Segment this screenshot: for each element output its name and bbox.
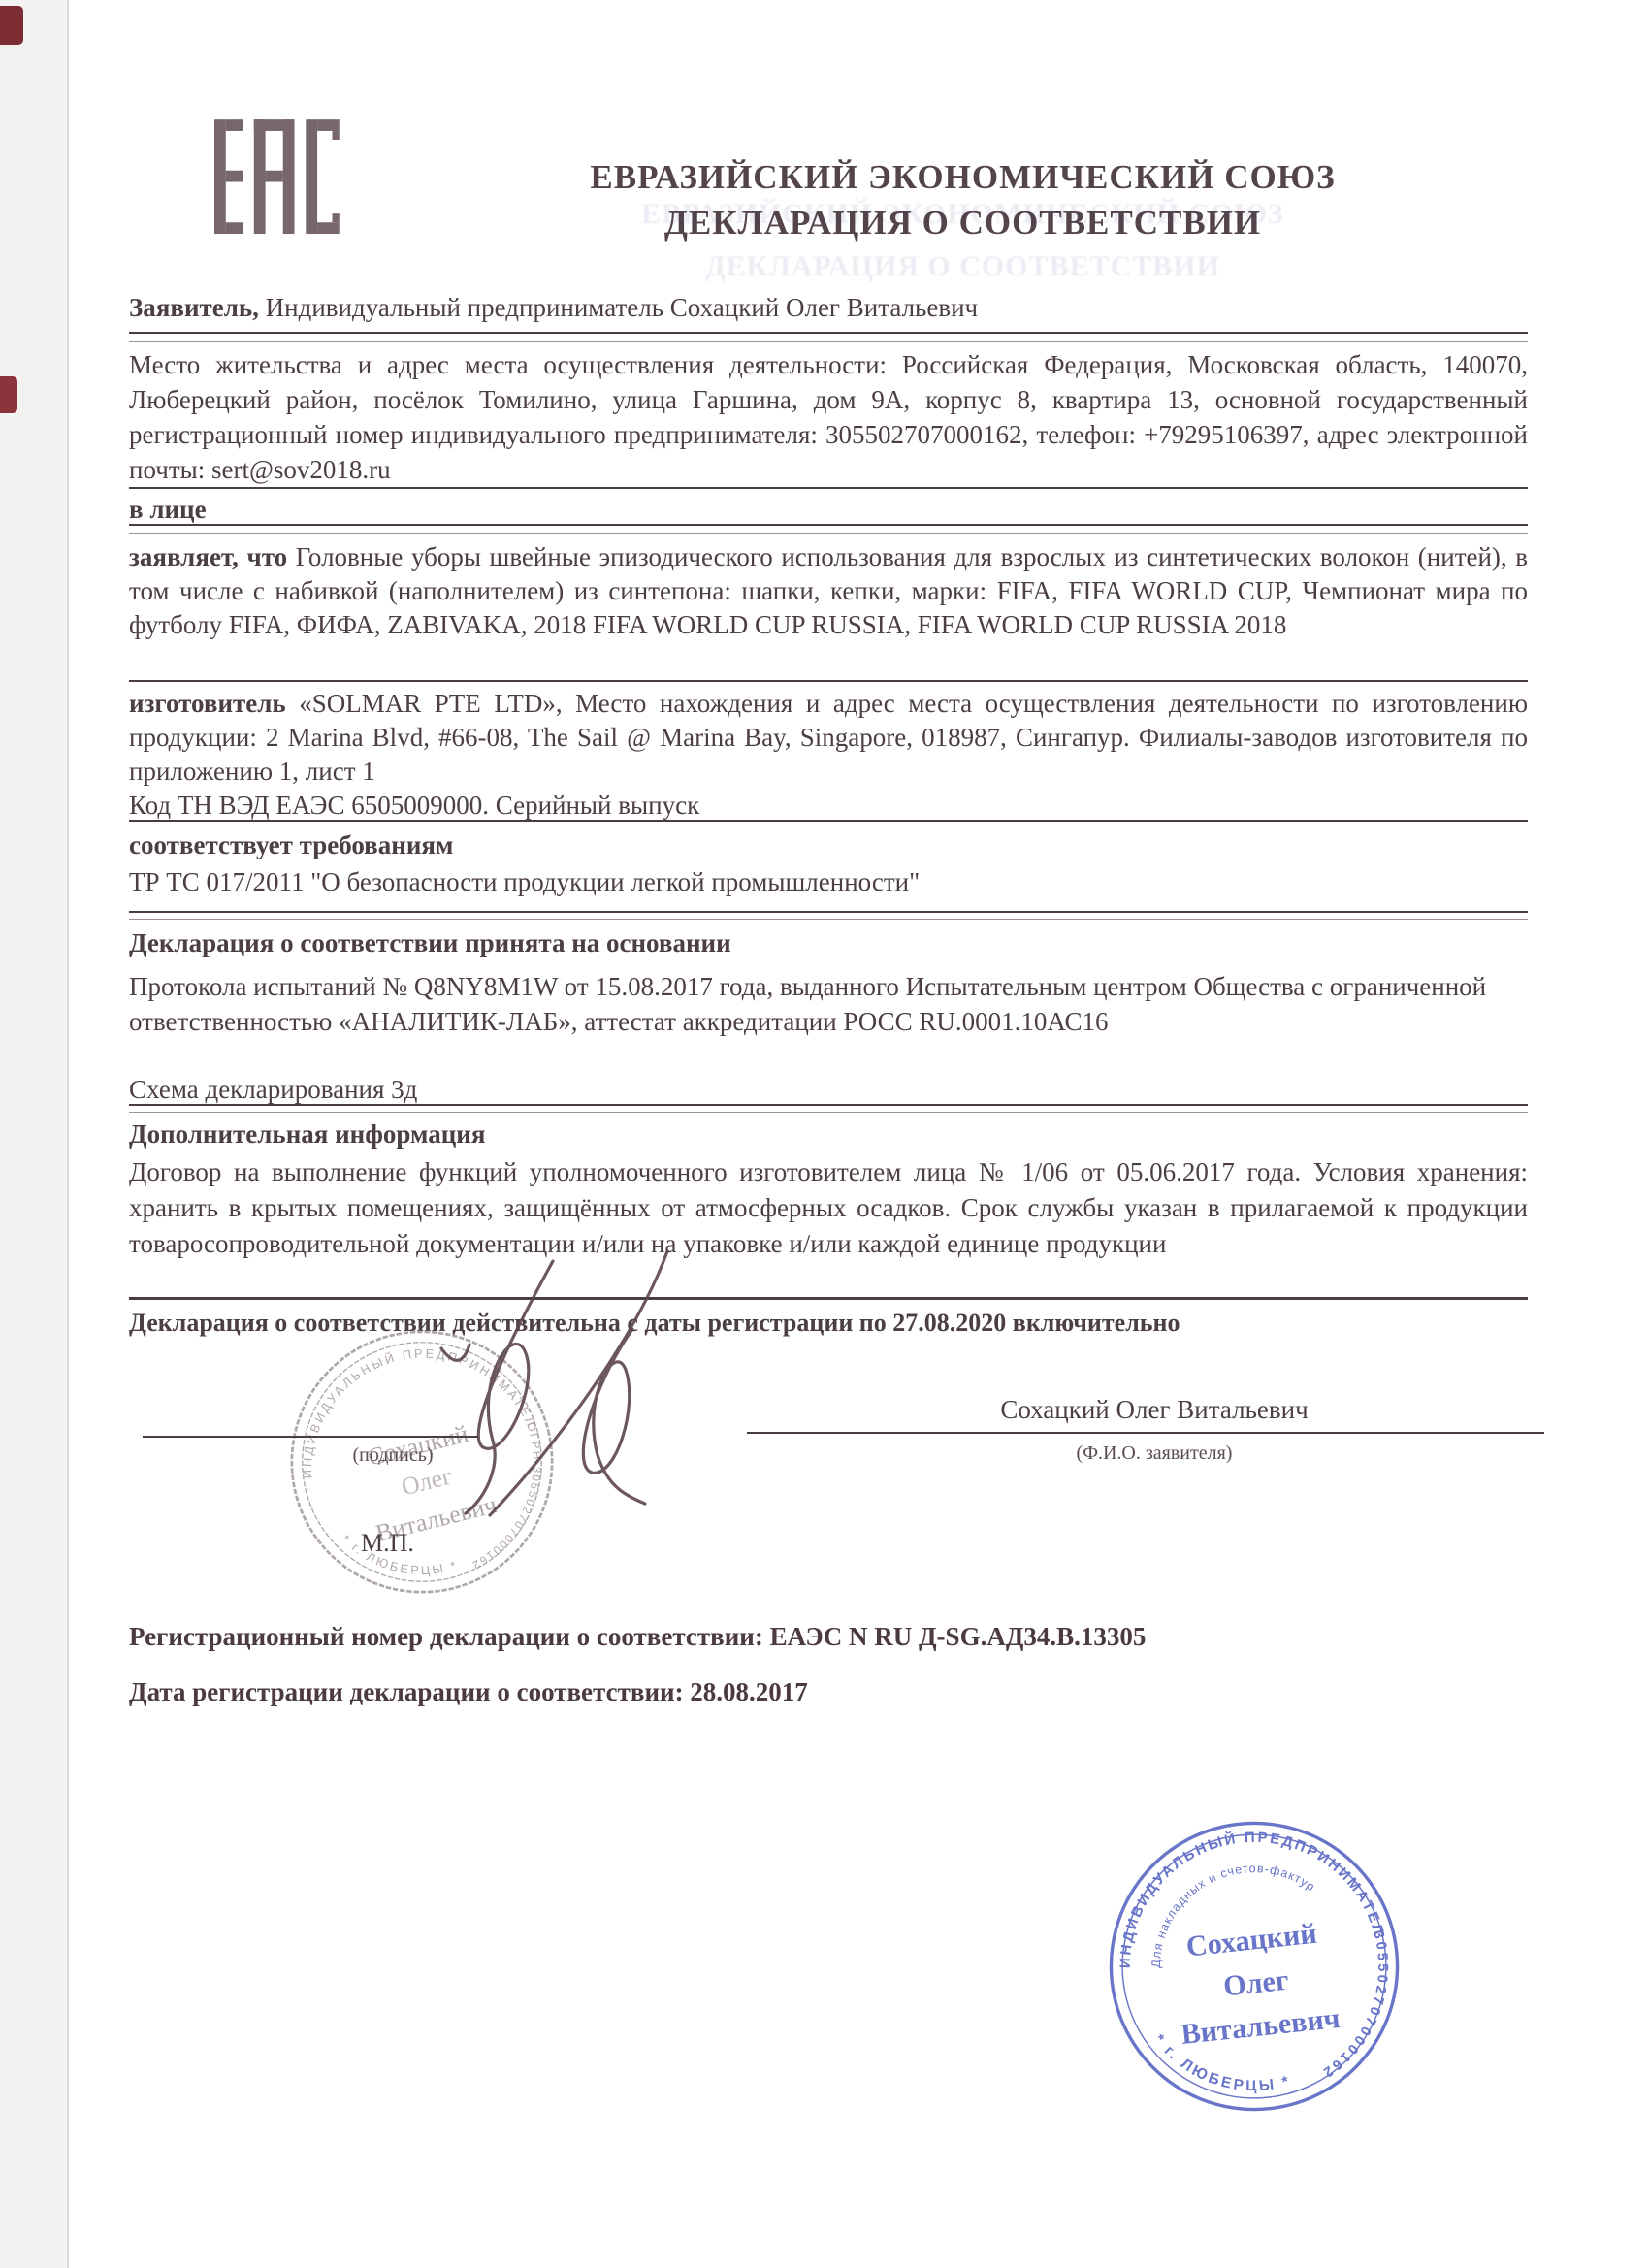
blue-stamp-icon: ИНДИВИДУАЛЬНЫЙ ПРЕДПРИНИМАТЕЛЬ ОГРН 3055… [1079,1791,1431,2143]
divider [129,341,1528,342]
title-ghost-2: ДЕКЛАРАЦИЯ О СООТВЕТСТВИИ [388,250,1537,283]
applicant-row: Заявитель, Индивидуальный предпринимател… [129,290,1528,325]
validity-line: Декларация о соответствии действительна … [129,1306,1528,1341]
additional-paragraph: Договор на выполнение функций уполномоче… [129,1154,1528,1262]
applicant-label: Заявитель, [129,293,259,322]
title-line-1: ЕВРАЗИЙСКИЙ ЭКОНОМИЧЕСКИЙ СОЮЗ [388,158,1537,197]
divider [129,487,1528,489]
scan-edge-strip [0,0,67,2268]
declaration-page: ЕВРАЗИЙСКИЙ ЭКОНОМИЧЕСКИЙ СОЮЗ ДЕКЛАРАЦИ… [0,0,1649,2268]
basis-heading: Декларация о соответствии принята на осн… [129,925,1528,960]
basis-paragraph: Протокола испытаний № Q8NY8M1W от 15.08.… [129,969,1528,1039]
declares-value: Головные уборы швейные эпизодического ис… [129,542,1528,639]
blue-round-stamp: ИНДИВИДУАЛЬНЫЙ ПРЕДПРИНИМАТЕЛЬ ОГРН 3055… [1079,1791,1431,2143]
manufacturer-paragraph: изготовитель «SOLMAR PTE LTD», Место нах… [129,687,1528,789]
scan-edge-line [67,0,69,2268]
manufacturer-value: «SOLMAR PTE LTD», Место нахождения и адр… [129,689,1528,786]
applicant-name: Сохацкий Олег Витальевич [931,1395,1377,1425]
divider [129,533,1528,534]
signature-icon [407,1222,698,1552]
scheme-line: Схема декларирования 3д [129,1072,1528,1107]
divider [129,1297,1528,1300]
blue-stamp-patronymic: Витальевич [1180,2001,1342,2051]
eac-logo-icon [214,113,346,243]
scan-artifact-mid [0,376,17,413]
complies-heading: соответствует требованиям [129,827,1528,862]
registration-number-line: Регистрационный номер декларации о соотв… [129,1622,1146,1652]
declares-label: заявляет, что [129,542,287,571]
divider [129,919,1528,920]
divider [129,332,1528,334]
complies-value: ТР ТС 017/2011 "О безопасности продукции… [129,864,1528,899]
divider [129,524,1528,526]
scan-artifact-top [0,6,23,45]
divider [129,820,1528,822]
title-line-2: ДЕКЛАРАЦИЯ О СООТВЕТСТВИИ [388,204,1537,243]
divider [129,1112,1528,1113]
applicant-value: Индивидуальный предприниматель Сохацкий … [259,293,978,322]
tnved-code-line: Код ТН ВЭД ЕАЭС 6505009000. Серийный вып… [129,788,1528,823]
signature-line-right [747,1432,1544,1434]
divider [129,911,1528,913]
blue-stamp-surname: Сохацкий [1184,1917,1318,1963]
handwritten-signature [407,1222,698,1552]
eac-logo [214,113,346,243]
name-caption: (Ф.И.О. заявителя) [1009,1442,1300,1465]
manufacturer-label: изготовитель [129,689,286,718]
in-person-label: в лице [129,492,1528,527]
blue-stamp-firstname: Олег [1222,1963,1290,2003]
registration-date-line: Дата регистрации декларации о соответств… [129,1677,808,1707]
address-paragraph: Место жительства и адрес места осуществл… [129,347,1528,487]
additional-heading: Дополнительная информация [129,1117,1528,1151]
divider [129,680,1528,682]
declares-paragraph: заявляет, что Головные уборы швейные эпи… [129,540,1528,642]
mp-label: М.П. [361,1529,414,1558]
divider [129,1104,1528,1106]
